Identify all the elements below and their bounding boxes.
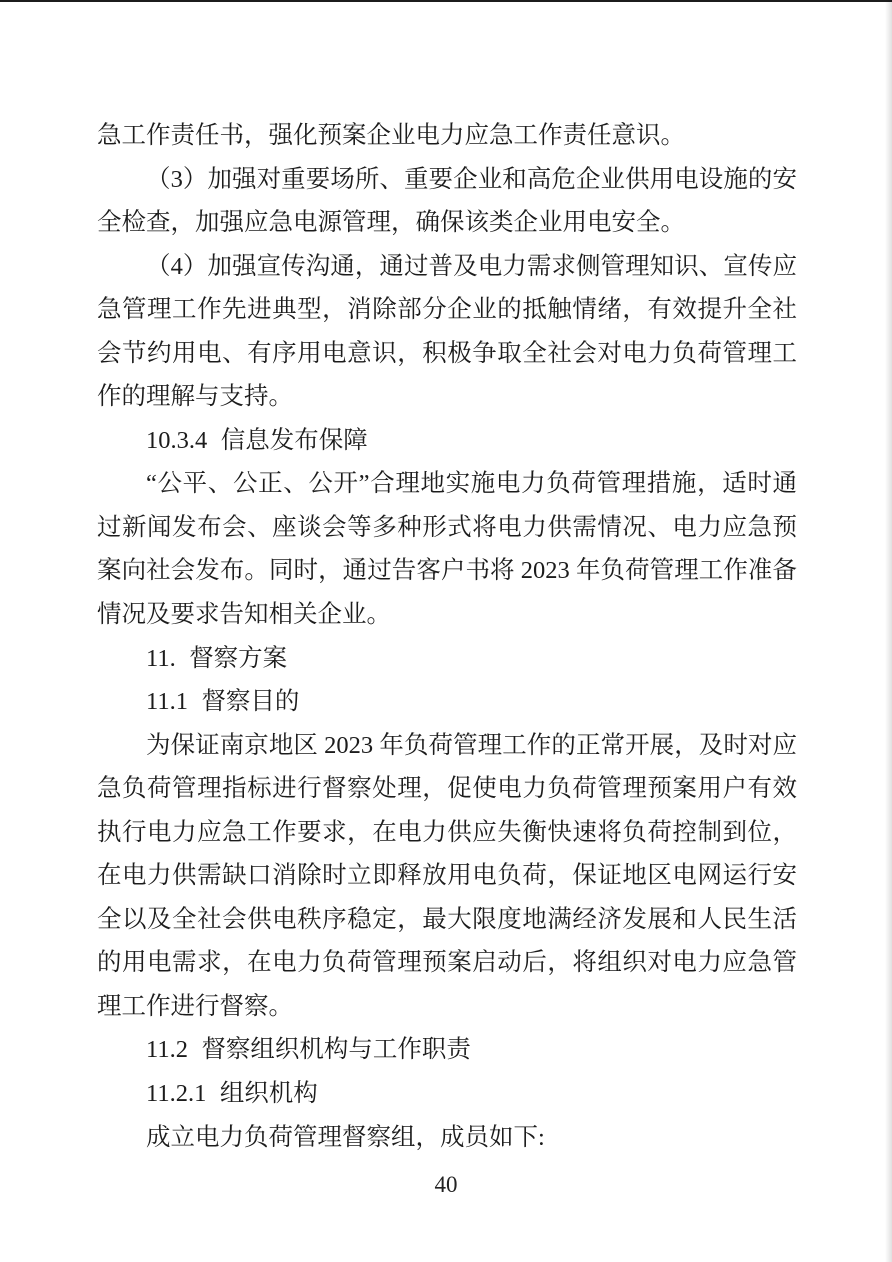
page-number: 40 <box>435 1172 458 1197</box>
body-paragraph-item-4: （4）加强宣传沟通，通过普及电力需求侧管理知识、宣传应急管理工作先进典型，消除部… <box>97 245 797 419</box>
heading-title: 信息发布保障 <box>221 427 368 454</box>
body-paragraph-supervision-purpose: 为保证南京地区 2023 年负荷管理工作的正常开展，及时对应急负荷管理指标进行督… <box>97 724 797 1029</box>
heading-title: 督察组织机构与工作职责 <box>201 1036 471 1063</box>
section-heading-10-3-4: 10.3.4信息发布保障 <box>97 419 797 463</box>
heading-title: 督察方案 <box>189 645 287 672</box>
body-paragraph-org-setup: 成立电力负荷管理督察组，成员如下: <box>97 1116 797 1160</box>
page-right-edge-shadow <box>885 0 892 1262</box>
heading-number: 11. <box>146 645 176 672</box>
section-heading-11-2: 11.2督察组织机构与工作职责 <box>97 1028 797 1072</box>
page-footer: 40 <box>0 1172 892 1198</box>
page-top-edge-shadow <box>0 0 892 2</box>
section-heading-11-1: 11.1督察目的 <box>97 680 797 724</box>
heading-title: 督察目的 <box>201 688 299 715</box>
document-body: 急工作责任书，强化预案企业电力应急工作责任意识。 （3）加强对重要场所、重要企业… <box>97 114 797 1159</box>
body-paragraph-continuation: 急工作责任书，强化预案企业电力应急工作责任意识。 <box>97 114 797 158</box>
heading-number: 10.3.4 <box>146 427 207 454</box>
section-heading-11: 11.督察方案 <box>97 637 797 681</box>
body-paragraph-item-3: （3）加强对重要场所、重要企业和高危企业供用电设施的安全检查，加强应急电源管理，… <box>97 158 797 245</box>
heading-number: 11.2.1 <box>146 1080 206 1107</box>
heading-number: 11.2 <box>146 1036 188 1063</box>
heading-number: 11.1 <box>146 688 188 715</box>
body-paragraph-info-release: “公平、公正、公开”合理地实施电力负荷管理措施，适时通过新闻发布会、座谈会等多种… <box>97 462 797 636</box>
section-heading-11-2-1: 11.2.1组织机构 <box>97 1072 797 1116</box>
heading-title: 组织机构 <box>220 1080 318 1107</box>
